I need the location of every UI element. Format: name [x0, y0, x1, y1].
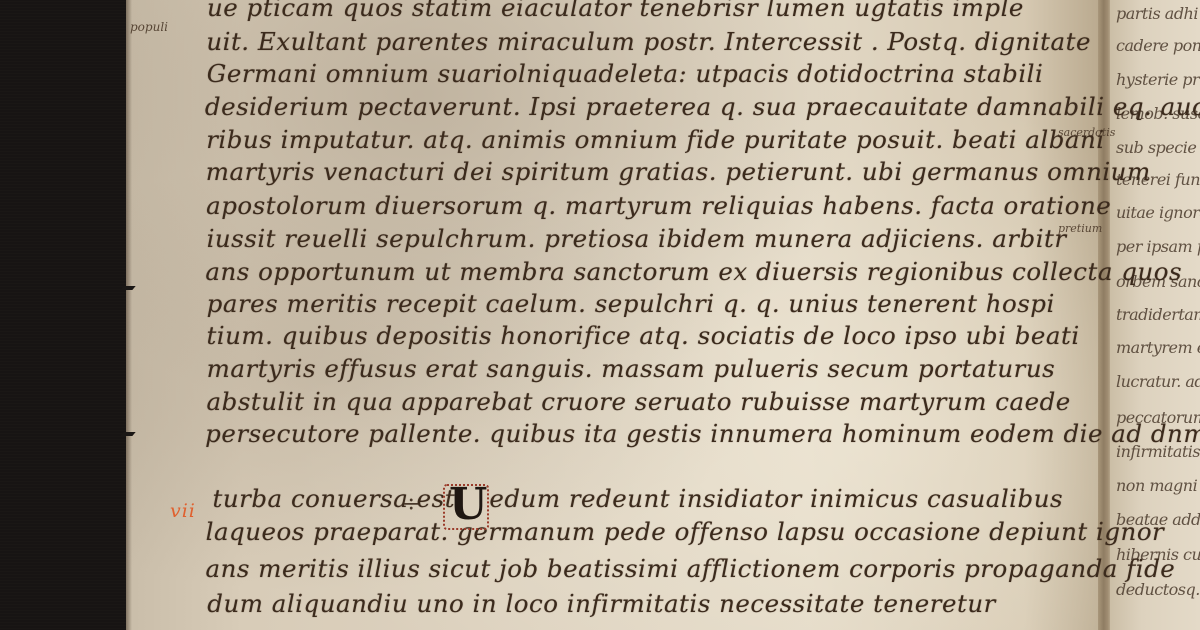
manuscript-line: laqueos praeparat. germanum pede offenso… [206, 518, 1165, 546]
decorated-initial: U [443, 484, 489, 530]
right-page-line: martyrem et g [1116, 338, 1200, 357]
margin-note-top: populi [130, 20, 168, 34]
manuscript-line: Germani omnium suariolniquadeleta: utpac… [207, 60, 1044, 88]
right-page-line: hysterie prim [1116, 70, 1200, 89]
manuscript-line: dum aliquandiu uno in loco infirmitatis … [207, 590, 996, 618]
manuscript-line: abstulit in qua apparebat cruore seruato… [207, 388, 1071, 416]
right-page-line: per ipsam patro [1116, 237, 1200, 256]
manuscript-line: persecutore pallente. quibus ita gestis … [205, 420, 1200, 448]
margin-gloss: sacerdotis [1058, 126, 1115, 139]
right-page-line: tradidertam. t [1116, 305, 1200, 324]
manuscript-line: ans opportunum ut membra sanctorum ex di… [205, 258, 1182, 286]
right-page-line: sub specie lucri [1116, 138, 1200, 157]
section-mark: ÷ [402, 492, 420, 517]
right-page-line: non magni magne [1116, 476, 1200, 495]
initial-letter: U [449, 482, 487, 528]
manuscript-line: edum redeunt insidiator inimicus casuali… [489, 485, 1063, 513]
manuscript-line: ans meritis illius sicut job beatissimi … [205, 555, 1175, 583]
right-page-line: partis adhi [1116, 4, 1198, 23]
chapter-number-rubric: vii [170, 500, 196, 522]
manuscript-line: martyris effusus erat sanguis. massam pu… [207, 355, 1056, 383]
right-page-line: uitae ignorant [1116, 203, 1200, 222]
manuscript-line: ribus imputatur. atq. animis omnium fide… [206, 126, 1104, 154]
right-page-line: lucratur. adq. [1116, 372, 1200, 391]
manuscript-line: ue pticam quos statim eiaculator tenebri… [207, 0, 1024, 22]
manuscript-line: martyris venacturi dei spiritum gratias.… [206, 158, 1151, 186]
margin-gloss: pretium [1058, 222, 1102, 235]
manuscript-line: turba conuersa est. [213, 485, 464, 513]
manuscript-line: apostolorum diuersorum q. martyrum reliq… [206, 192, 1111, 220]
manuscript-line: iussit reuelli sepulchrum. pretiosa ibid… [207, 225, 1067, 253]
right-page-line: cadere pona q. [1116, 36, 1200, 55]
dark-backdrop [0, 0, 130, 630]
manuscript-line: desiderium pectaverunt. Ipsi praeterea q… [205, 93, 1200, 121]
manuscript-line: tium. quibus depositis honorifice atq. s… [206, 322, 1079, 350]
manuscript-line: uit. Exultant parentes miraculum postr. … [206, 28, 1091, 56]
manuscript-line: pares meritis recepit caelum. sepulchri … [207, 290, 1055, 318]
